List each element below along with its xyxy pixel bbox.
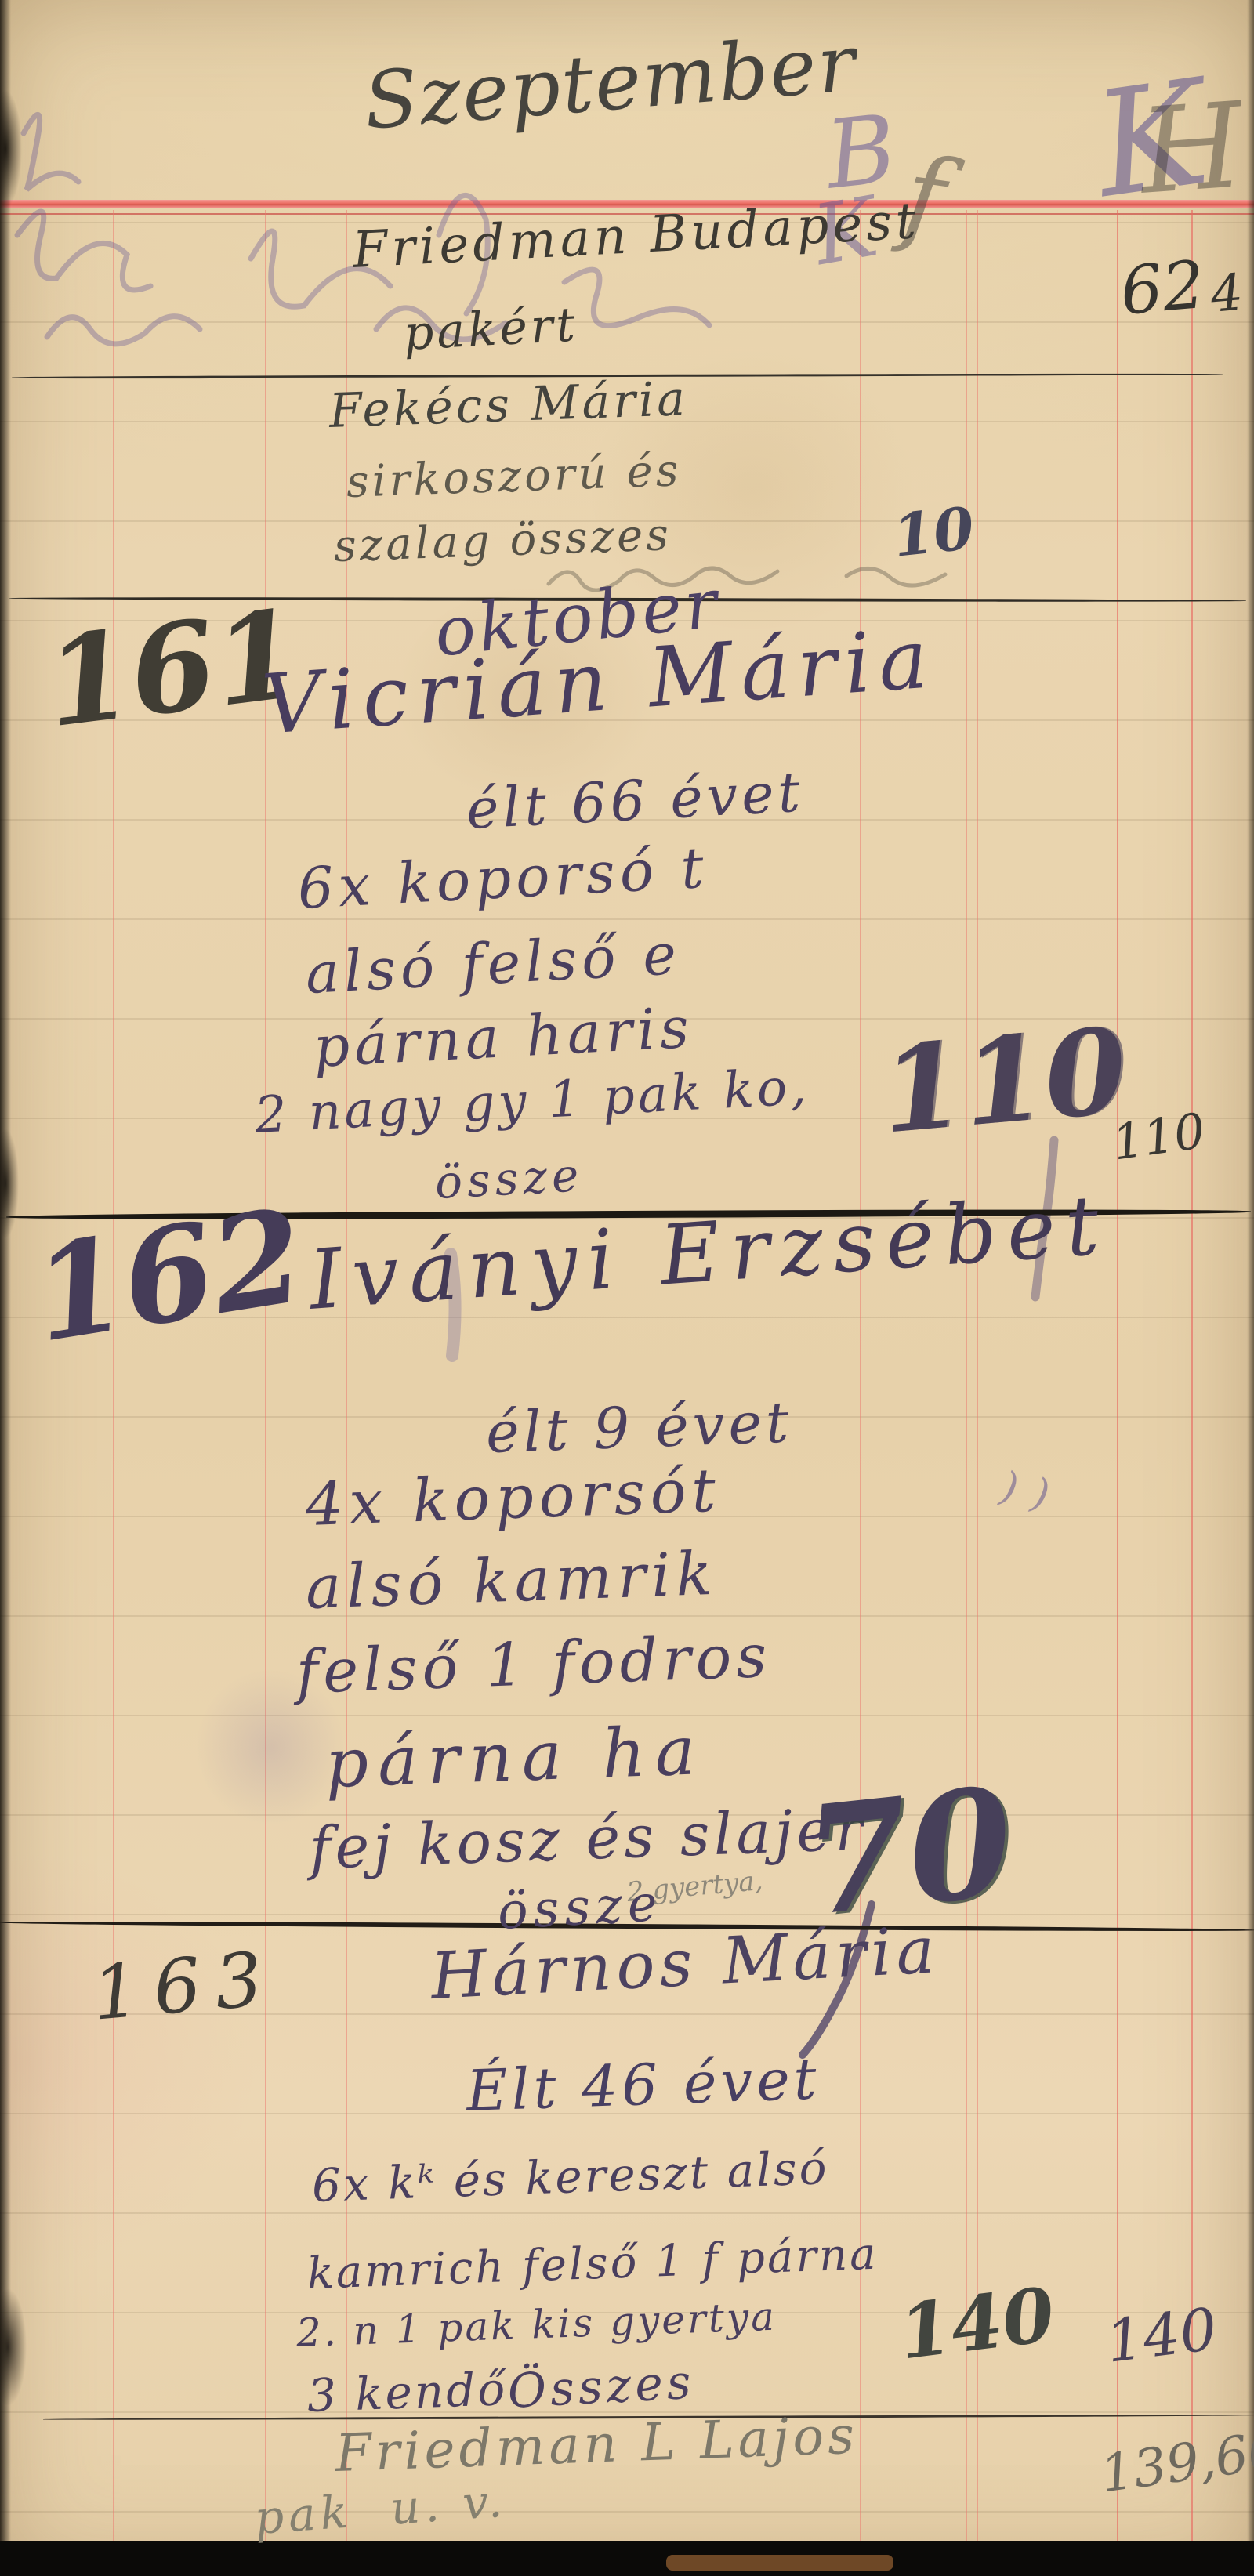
corner-amount-sub: 4: [1209, 268, 1245, 321]
entry-162-line: párna ha: [324, 1717, 705, 1798]
entry-163-line: Élt 46 évet: [466, 2050, 821, 2119]
fekecs-name: Fekécs Mária: [328, 375, 689, 435]
entry-162-margin-mark: ) ): [998, 1466, 1055, 1516]
ink-stain: [0, 90, 22, 208]
vendor-note-line2: pakért: [402, 301, 579, 357]
top-red-band: [0, 200, 1254, 208]
binding-edge: [0, 0, 11, 2576]
fekecs-line2: szalag összes: [333, 513, 672, 569]
red-rule-7: [1117, 210, 1118, 2543]
fekecs-amount: 10: [890, 499, 977, 565]
scan-bottom-edge: [0, 2541, 1254, 2576]
red-rule-8: [1191, 210, 1193, 2543]
month-title: Szeptember: [361, 24, 859, 141]
entry-163-line: 3 kendő: [306, 2366, 508, 2418]
entry-162-line: élt 9 évet: [485, 1393, 793, 1461]
entry-162-line: 4x koporsót: [305, 1461, 723, 1534]
corner-flourish-dark: H: [1136, 87, 1247, 212]
scan-bottom-detail: [666, 2555, 893, 2571]
entry-161-line: élt 66 évet: [465, 764, 805, 836]
page-right-edge: [1247, 0, 1254, 2576]
fekecs-line1: sirkoszorú és: [346, 449, 682, 505]
entry-162-line: alsó kamrik: [305, 1544, 719, 1618]
red-rule-2: [265, 210, 266, 2543]
entry-162-number: 162: [25, 1190, 312, 1360]
entry-162-line: felső 1 fodros: [295, 1626, 773, 1702]
entry-163-amount-main: 140: [895, 2277, 1058, 2370]
entry-163-amount-margin: 140: [1103, 2300, 1220, 2371]
entry-162-amount-main: 70: [798, 1767, 1020, 1937]
entry-163-number: 163: [89, 1942, 280, 2032]
entry-161-amount-margin: 110: [1110, 1107, 1209, 1168]
corner-amount: 62: [1118, 252, 1207, 324]
entry-161-amount-main: 110: [876, 1012, 1131, 1150]
red-rule-4: [860, 210, 861, 2543]
entry-161-line: össze: [433, 1152, 584, 1205]
ledger-page: Szeptember B K f K H 62 4 Friedman Budap…: [0, 0, 1254, 2576]
red-rule-1: [113, 210, 114, 2543]
entry-163-osszes-label: Összes: [506, 2359, 696, 2415]
